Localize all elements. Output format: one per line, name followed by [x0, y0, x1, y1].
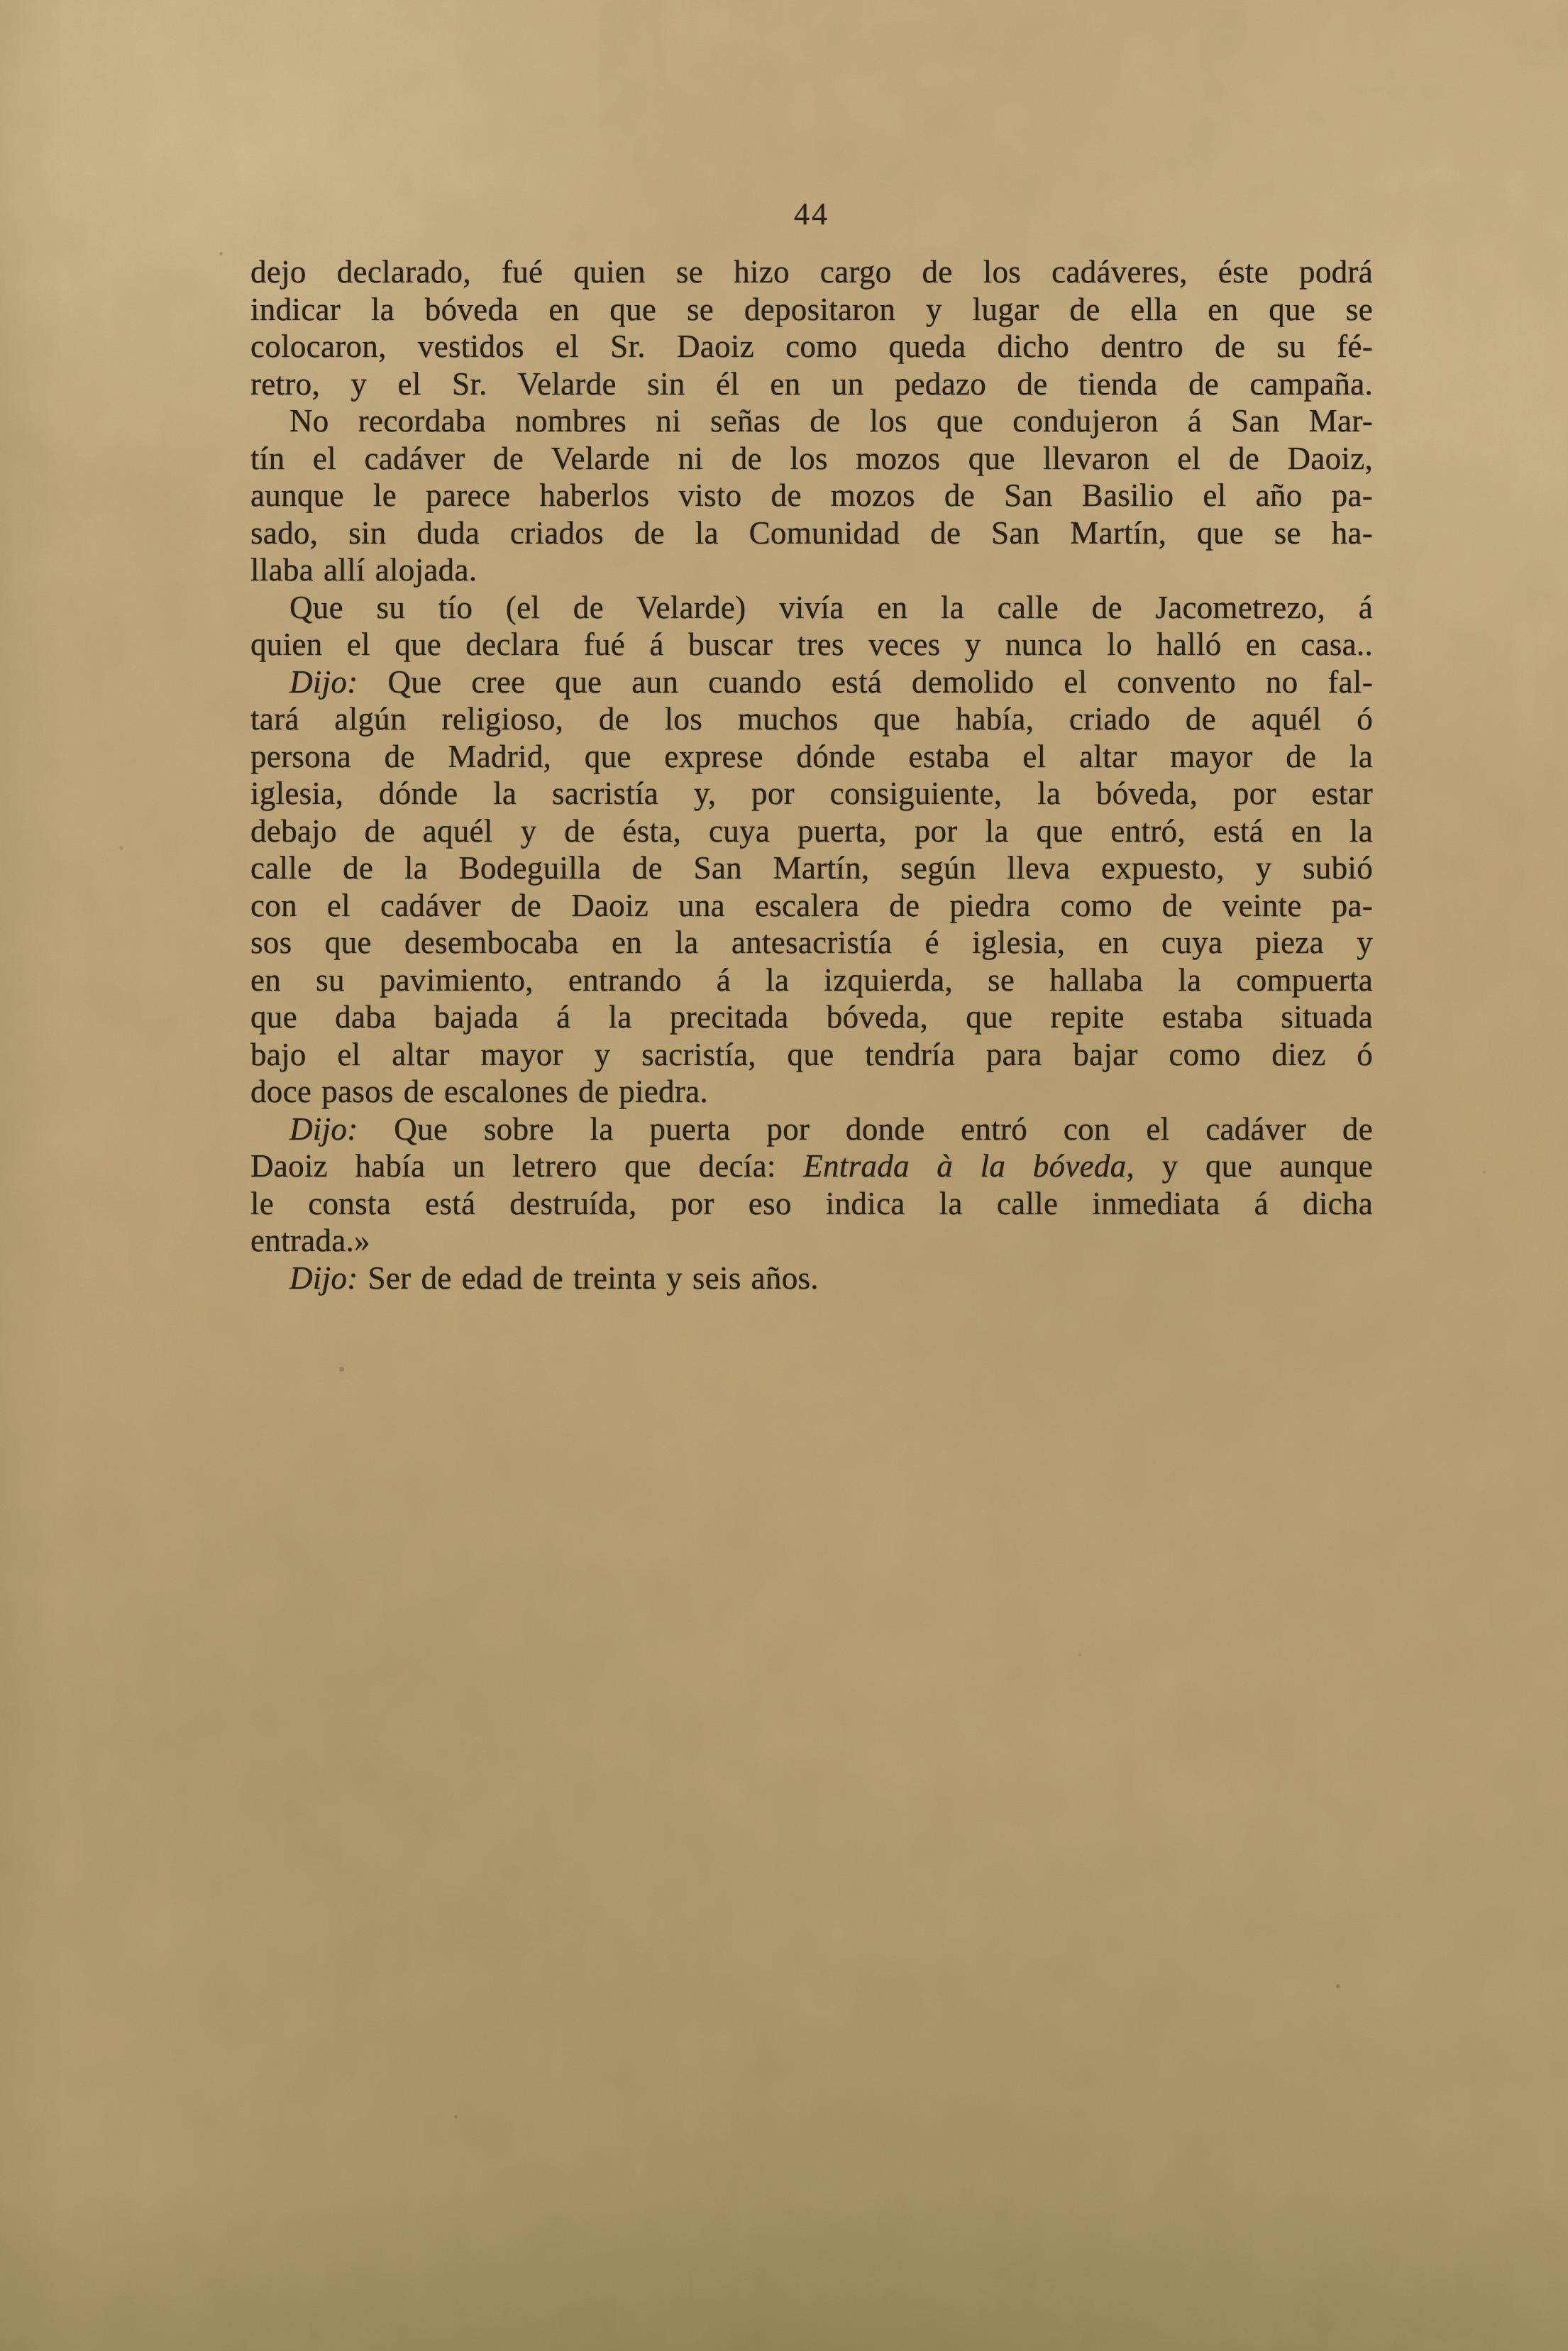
text-line: Dijo: Ser de edad de treinta y seis años…	[250, 1260, 1373, 1297]
paragraph: Dijo: Ser de edad de treinta y seis años…	[250, 1260, 1373, 1297]
text-line: colocaron, vestidos el Sr. Daoiz como qu…	[250, 328, 1373, 365]
text-segment: , y que aunque	[1126, 1148, 1373, 1184]
text-segment: retro, y el Sr. Velarde sin él en un ped…	[250, 366, 1373, 402]
text-line: doce pasos de escalones de piedra.	[250, 1073, 1373, 1111]
italic-text-segment: Dijo:	[289, 1111, 358, 1147]
text-segment: tín el cadáver de Velarde ni de los mozo…	[250, 441, 1373, 476]
text-line: con el cadáver de Daoiz una escalera de …	[250, 887, 1373, 925]
text-segment: dejo declarado, fué quien se hizo cargo …	[250, 254, 1373, 290]
italic-text-segment: Dijo:	[289, 1260, 358, 1296]
text-segment: indicar la bóveda en que se depositaron …	[250, 292, 1373, 327]
text-line: que daba bajada á la precitada bóveda, q…	[250, 998, 1373, 1036]
text-line: No recordaba nombres ni señas de los que…	[250, 402, 1373, 440]
book-page: 44 dejo declarado, fué quien se hizo car…	[0, 0, 1568, 2351]
text-segment: aunque le parece haberlos visto de mozos…	[250, 478, 1373, 513]
text-line: entrada.»	[250, 1222, 1373, 1260]
text-segment: sado, sin duda criados de la Comunidad d…	[250, 515, 1373, 551]
text-segment: en su pavimiento, entrando á la izquierd…	[250, 962, 1373, 998]
text-line: indicar la bóveda en que se depositaron …	[250, 291, 1373, 329]
text-segment: llaba allí alojada.	[250, 552, 477, 588]
text-segment: debajo de aquél y de ésta, cuya puerta, …	[250, 813, 1373, 849]
text-segment: Daoiz había un letrero que decía:	[250, 1148, 803, 1184]
text-segment: calle de la Bodeguilla de San Martín, se…	[250, 850, 1373, 886]
text-segment: bajo el altar mayor y sacristía, que ten…	[250, 1037, 1373, 1072]
text-segment: le consta está destruída, por eso indica…	[250, 1186, 1373, 1221]
text-line: llaba allí alojada.	[250, 551, 1373, 589]
paragraph: Que su tío (el de Velarde) vivía en la c…	[250, 589, 1373, 664]
text-segment: sos que desembocaba en la antesacristía …	[250, 925, 1373, 960]
text-segment: quien el que declara fué á buscar tres v…	[250, 627, 1373, 662]
paragraph: Dijo: Que cree que aun cuando está demol…	[250, 664, 1373, 1111]
text-line: bajo el altar mayor y sacristía, que ten…	[250, 1036, 1373, 1074]
text-line: Que su tío (el de Velarde) vivía en la c…	[250, 589, 1373, 627]
text-line: quien el que declara fué á buscar tres v…	[250, 626, 1373, 664]
text-segment: Que su tío (el de Velarde) vivía en la c…	[289, 590, 1373, 625]
page-content: 44 dejo declarado, fué quien se hizo car…	[0, 0, 1568, 2351]
text-line: calle de la Bodeguilla de San Martín, se…	[250, 849, 1373, 887]
italic-text-segment: Entrada à la bóveda	[803, 1148, 1126, 1184]
text-segment: Que cree que aun cuando está demolido el…	[358, 664, 1374, 700]
paragraph: No recordaba nombres ni señas de los que…	[250, 402, 1373, 589]
text-segment: Ser de edad de treinta y seis años.	[358, 1260, 819, 1296]
text-line: sos que desembocaba en la antesacristía …	[250, 924, 1373, 962]
paragraph: dejo declarado, fué quien se hizo cargo …	[250, 253, 1373, 402]
text-line: dejo declarado, fué quien se hizo cargo …	[250, 253, 1373, 291]
text-segment: tará algún religioso, de los muchos que …	[250, 701, 1373, 737]
text-line: iglesia, dónde la sacristía y, por consi…	[250, 775, 1373, 813]
text-line: en su pavimiento, entrando á la izquierd…	[250, 962, 1373, 999]
text-segment: No recordaba nombres ni señas de los que…	[289, 403, 1373, 439]
text-line: tín el cadáver de Velarde ni de los mozo…	[250, 440, 1373, 478]
text-line: sado, sin duda criados de la Comunidad d…	[250, 514, 1373, 552]
paragraph: Dijo: Que sobre la puerta por donde entr…	[250, 1111, 1373, 1260]
text-line: Dijo: Que sobre la puerta por donde entr…	[250, 1111, 1373, 1148]
text-segment: que daba bajada á la precitada bóveda, q…	[250, 999, 1373, 1035]
text-line: Daoiz había un letrero que decía: Entrad…	[250, 1147, 1373, 1185]
text-line: retro, y el Sr. Velarde sin él en un ped…	[250, 365, 1373, 403]
italic-text-segment: Dijo:	[289, 664, 358, 700]
text-segment: iglesia, dónde la sacristía y, por consi…	[250, 776, 1373, 811]
text-line: le consta está destruída, por eso indica…	[250, 1185, 1373, 1223]
text-line: Dijo: Que cree que aun cuando está demol…	[250, 664, 1373, 701]
text-segment: entrada.»	[250, 1223, 370, 1258]
text-segment: con el cadáver de Daoiz una escalera de …	[250, 888, 1373, 923]
text-segment: doce pasos de escalones de piedra.	[250, 1074, 708, 1109]
text-line: tará algún religioso, de los muchos que …	[250, 700, 1373, 738]
text-line: debajo de aquél y de ésta, cuya puerta, …	[250, 813, 1373, 850]
text-segment: persona de Madrid, que exprese dónde est…	[250, 739, 1373, 774]
text-line: persona de Madrid, que exprese dónde est…	[250, 738, 1373, 776]
text-block: dejo declarado, fué quien se hizo cargo …	[250, 253, 1373, 1296]
text-segment: colocaron, vestidos el Sr. Daoiz como qu…	[250, 329, 1373, 364]
text-segment: Que sobre la puerta por donde entró con …	[358, 1111, 1374, 1147]
page-number: 44	[250, 196, 1373, 233]
text-line: aunque le parece haberlos visto de mozos…	[250, 477, 1373, 514]
